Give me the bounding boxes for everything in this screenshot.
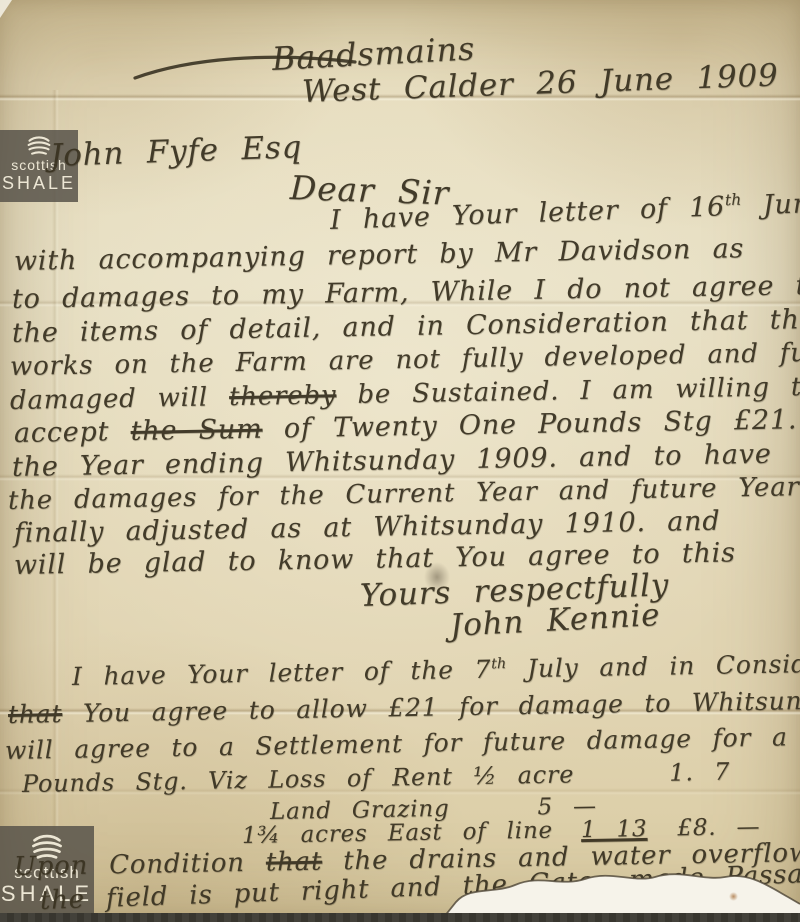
letter-text-segment: 1. 7 (669, 758, 730, 787)
letter-text-segment: th (491, 656, 506, 672)
letter-text-segment: accept (14, 416, 131, 449)
letter-text-segment: damaged will (10, 382, 230, 416)
letter-text-segment: July and in Consideration (506, 647, 800, 683)
letter-scan: BaadsmainsWest Calder 26 June 1909John F… (0, 0, 800, 922)
letter-text-segment: June (741, 188, 800, 222)
letter-text-segment: that (8, 699, 63, 729)
torn-corner (0, 0, 14, 20)
watermark-word-shale: SHALE (2, 173, 76, 193)
paper-stain (729, 892, 738, 901)
letter-text-segment: £8. — (677, 814, 760, 841)
torn-paper-edge (0, 852, 800, 922)
letter-text-segment: 1 13 (581, 816, 648, 843)
letter-text-segment: th (725, 190, 742, 210)
photo-edge-strip (0, 913, 800, 922)
globe-icon (26, 132, 52, 158)
letter-text-segment: thereby (229, 380, 337, 412)
letter-text-segment: the Sum (130, 414, 262, 447)
